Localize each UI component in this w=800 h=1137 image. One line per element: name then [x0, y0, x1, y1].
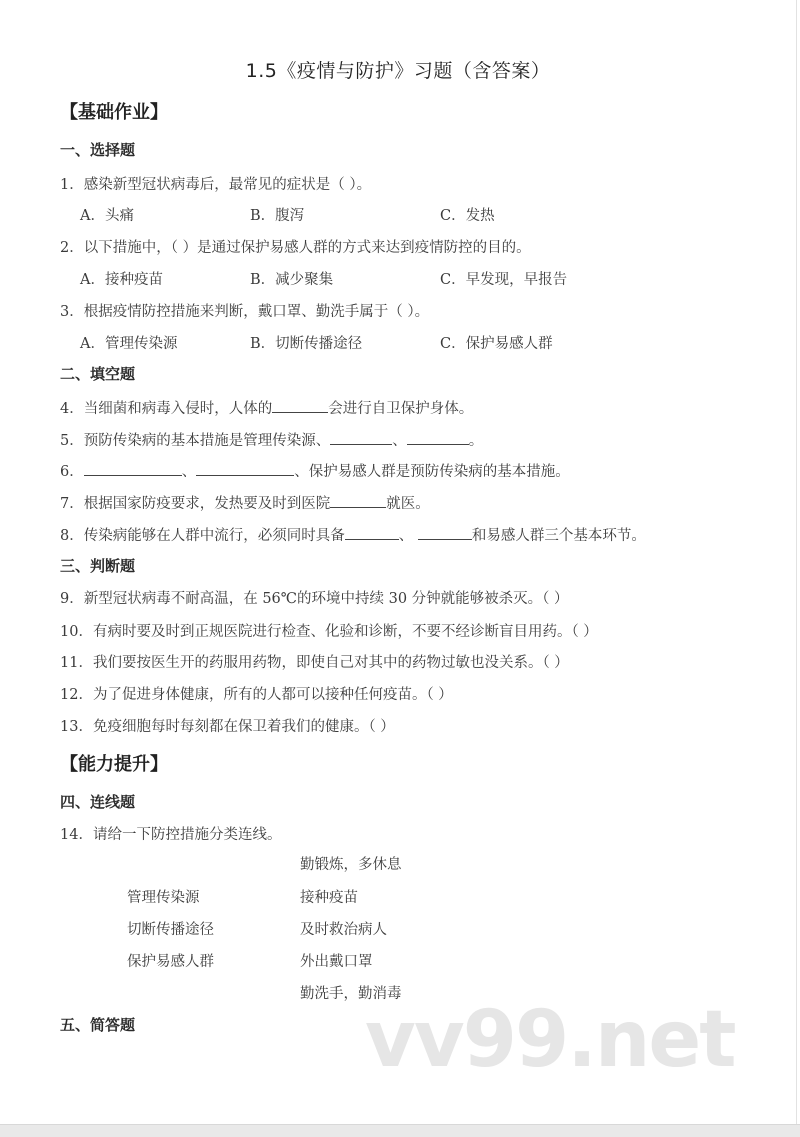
matching-left-item-3[interactable]: 保护易感人群	[127, 950, 214, 971]
part-heading-advanced: 【能力提升】	[60, 750, 168, 776]
matching-right-item-2[interactable]: 接种疫苗	[300, 886, 358, 907]
fill-7-blank[interactable]	[330, 493, 386, 508]
fill-7-text-before: 7．根据国家防疫要求，发热要及时到医院	[60, 496, 330, 512]
fill-4-text-after: 会进行自卫保护身体。	[328, 401, 473, 417]
judge-question-12: 12．为了促进身体健康，所有的人都可以接种任何疫苗。（ ）	[60, 683, 453, 704]
matching-question-14: 14．请给一下防控措施分类连线。	[60, 823, 281, 844]
choice-3-option-c: C．保护易感人群	[440, 332, 553, 353]
fill-4-text-before: 4．当细菌和病毒入侵时，人体的	[60, 401, 272, 417]
judge-question-13: 13．免疫细胞每时每刻都在保卫着我们的健康。（ ）	[60, 715, 395, 736]
choice-1-option-b: B．腹泻	[250, 204, 304, 225]
choice-1-option-a: A．头痛	[80, 204, 134, 225]
choice-question-3: 3．根据疫情防控措施来判断，戴口罩、勤洗手属于（ ）。	[60, 300, 429, 321]
document-title: 1.5《疫情与防护》习题（含答案）	[0, 56, 796, 83]
document-page: 1.5《疫情与防护》习题（含答案） 【基础作业】 一、选择题 1．感染新型冠状病…	[0, 0, 797, 1124]
fill-6-text-mid: 、	[182, 464, 197, 480]
fill-5-text-mid: 、	[392, 433, 407, 449]
section-heading-judge: 三、判断题	[60, 555, 135, 576]
matching-right-item-3[interactable]: 及时救治病人	[300, 918, 387, 939]
fill-question-8: 8．传染病能够在人群中流行，必须同时具备、 和易感人群三个基本环节。	[60, 524, 646, 545]
matching-right-item-1[interactable]: 勤锻炼，多休息	[300, 853, 402, 874]
choice-2-option-b: B．减少聚集	[250, 268, 333, 289]
fill-8-text-mid: 、	[399, 528, 418, 544]
section-heading-choice: 一、选择题	[60, 139, 135, 160]
choice-3-option-a: A．管理传染源	[80, 332, 177, 353]
matching-left-item-2[interactable]: 切断传播途径	[127, 918, 214, 939]
fill-8-blank-1[interactable]	[345, 525, 399, 540]
section-heading-short-answer: 五、简答题	[60, 1014, 135, 1035]
page-bottom-border	[0, 1124, 800, 1137]
fill-8-blank-2[interactable]	[418, 525, 472, 540]
fill-question-5: 5．预防传染病的基本措施是管理传染源、、。	[60, 429, 483, 450]
choice-2-option-c: C．早发现，早报告	[440, 268, 567, 289]
watermark-text: vv99.net	[365, 995, 735, 1085]
section-heading-matching: 四、连线题	[60, 791, 135, 812]
fill-question-7: 7．根据国家防疫要求，发热要及时到医院就医。	[60, 492, 430, 513]
fill-5-blank-2[interactable]	[407, 430, 469, 445]
fill-8-text-after: 和易感人群三个基本环节。	[472, 528, 646, 544]
fill-6-blank-1[interactable]	[84, 461, 182, 476]
choice-question-1: 1．感染新型冠状病毒后，最常见的症状是（ ）。	[60, 173, 371, 194]
fill-5-text-before: 5．预防传染病的基本措施是管理传染源、	[60, 433, 330, 449]
fill-5-blank-1[interactable]	[330, 430, 392, 445]
fill-6-blank-2[interactable]	[196, 461, 294, 476]
judge-question-11: 11．我们要按医生开的药服用药物，即使自己对其中的药物过敏也没关系。（ ）	[60, 651, 569, 672]
part-heading-basic: 【基础作业】	[60, 98, 168, 124]
fill-6-text-before: 6．	[60, 464, 84, 480]
choice-3-option-b: B．切断传播途径	[250, 332, 362, 353]
fill-4-blank[interactable]	[272, 398, 328, 413]
choice-1-option-c: C．发热	[440, 204, 495, 225]
fill-question-4: 4．当细菌和病毒入侵时，人体的会进行自卫保护身体。	[60, 397, 473, 418]
fill-7-text-after: 就医。	[386, 496, 430, 512]
fill-question-6: 6．、、保护易感人群是预防传染病的基本措施。	[60, 460, 570, 481]
matching-right-item-4[interactable]: 外出戴口罩	[300, 950, 373, 971]
fill-6-text-after: 、保护易感人群是预防传染病的基本措施。	[294, 464, 570, 480]
choice-2-option-a: A．接种疫苗	[80, 268, 163, 289]
matching-left-item-1[interactable]: 管理传染源	[127, 886, 200, 907]
fill-8-text-before: 8．传染病能够在人群中流行，必须同时具备	[60, 528, 345, 544]
fill-5-text-after: 。	[469, 433, 484, 449]
choice-question-2: 2．以下措施中，（ ）是通过保护易感人群的方式来达到疫情防控的目的。	[60, 236, 531, 257]
judge-question-9: 9．新型冠状病毒不耐高温，在 56℃的环境中持续 30 分钟就能够被杀灭。（ ）	[60, 587, 569, 608]
section-heading-fill: 二、填空题	[60, 363, 135, 384]
judge-question-10: 10．有病时要及时到正规医院进行检查、化验和诊断，不要不经诊断盲目用药。（ ）	[60, 620, 598, 641]
